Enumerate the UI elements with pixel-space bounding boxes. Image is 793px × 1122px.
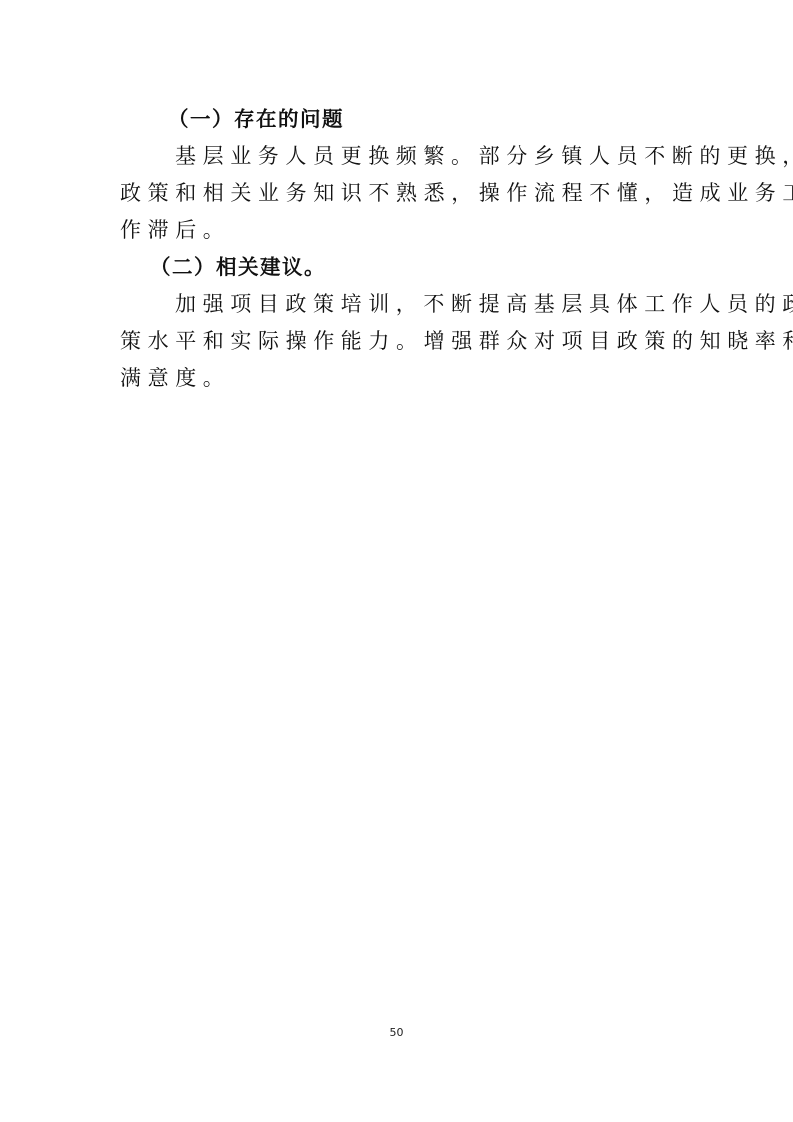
paragraph-line: 基层业务人员更换频繁。部分乡镇人员不断的更换， bbox=[120, 138, 676, 175]
paragraph-line: 满意度。 bbox=[120, 360, 676, 397]
paragraph-line: 加强项目政策培训，不断提高基层具体工作人员的政 bbox=[120, 286, 676, 323]
page-number: 50 bbox=[0, 1026, 793, 1039]
section-heading-problems: （一）存在的问题 bbox=[120, 101, 676, 138]
section-heading-suggestions: （二）相关建议。 bbox=[120, 249, 676, 286]
document-page: （一）存在的问题 基层业务人员更换频繁。部分乡镇人员不断的更换， 政策和相关业务… bbox=[0, 0, 793, 1122]
paragraph-line: 政策和相关业务知识不熟悉，操作流程不懂，造成业务工 bbox=[120, 175, 676, 212]
paragraph-line: 策水平和实际操作能力。增强群众对项目政策的知晓率和 bbox=[120, 323, 676, 360]
page-body: （一）存在的问题 基层业务人员更换频繁。部分乡镇人员不断的更换， 政策和相关业务… bbox=[120, 101, 676, 397]
paragraph-line: 作滞后。 bbox=[120, 212, 676, 249]
